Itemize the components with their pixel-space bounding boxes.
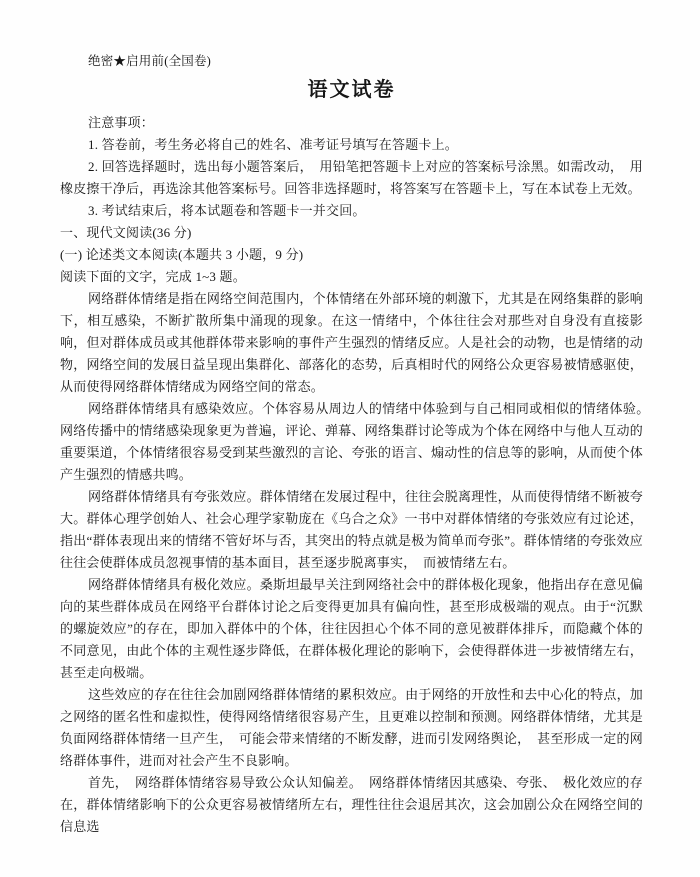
passage-paragraph-6: 首先， 网络群体情绪容易导致公众认知偏差。 网络群体情绪因其感染、夸张、 极化效… — [60, 772, 643, 838]
reading-instruction: 阅读下面的文字，完成 1~3 题。 — [60, 266, 643, 288]
notice-item-2: 2. 回答选择题时，选出每小题答案后， 用铅笔把答题卡上对应的答案标号涂黑。如需… — [60, 156, 643, 200]
passage-paragraph-1: 网络群体情绪是指在网络空间范围内，个体情绪在外部环境的刺激下，尤其是在网络集群的… — [60, 288, 643, 398]
notice-heading: 注意事项： — [60, 112, 643, 134]
passage-paragraph-4: 网络群体情绪具有极化效应。桑斯坦最早关注到网络社会中的群体极化现象，他指出存在意… — [60, 574, 643, 684]
exam-paper-page: 绝密★启用前(全国卷) 语文试卷 注意事项： 1. 答卷前，考生务必将自己的姓名… — [0, 0, 700, 877]
passage-paragraph-2: 网络群体情绪具有感染效应。个体容易从周边人的情绪中体验到与自己相同或相似的情绪体… — [60, 398, 643, 486]
page-title: 语文试卷 — [60, 77, 643, 103]
security-header: 绝密★启用前(全国卷) — [60, 50, 643, 72]
section-part-heading: 一、现代文阅读(36 分) — [60, 222, 643, 244]
notice-item-3: 3. 考试结束后，将本试题卷和答题卡一并交回。 — [60, 200, 643, 222]
passage-paragraph-5: 这些效应的存在往往会加剧网络群体情绪的累积效应。由于网络的开放性和去中心化的特点… — [60, 684, 643, 772]
section-sub-heading: (一) 论述类文本阅读(本题共 3 小题，9 分) — [60, 244, 643, 266]
passage-paragraph-3: 网络群体情绪具有夸张效应。群体情绪在发展过程中，往往会脱离理性，从而使得情绪不断… — [60, 486, 643, 574]
notice-item-1: 1. 答卷前，考生务必将自己的姓名、准考证号填写在答题卡上。 — [60, 134, 643, 156]
page-content: 绝密★启用前(全国卷) 语文试卷 注意事项： 1. 答卷前，考生务必将自己的姓名… — [0, 0, 700, 838]
